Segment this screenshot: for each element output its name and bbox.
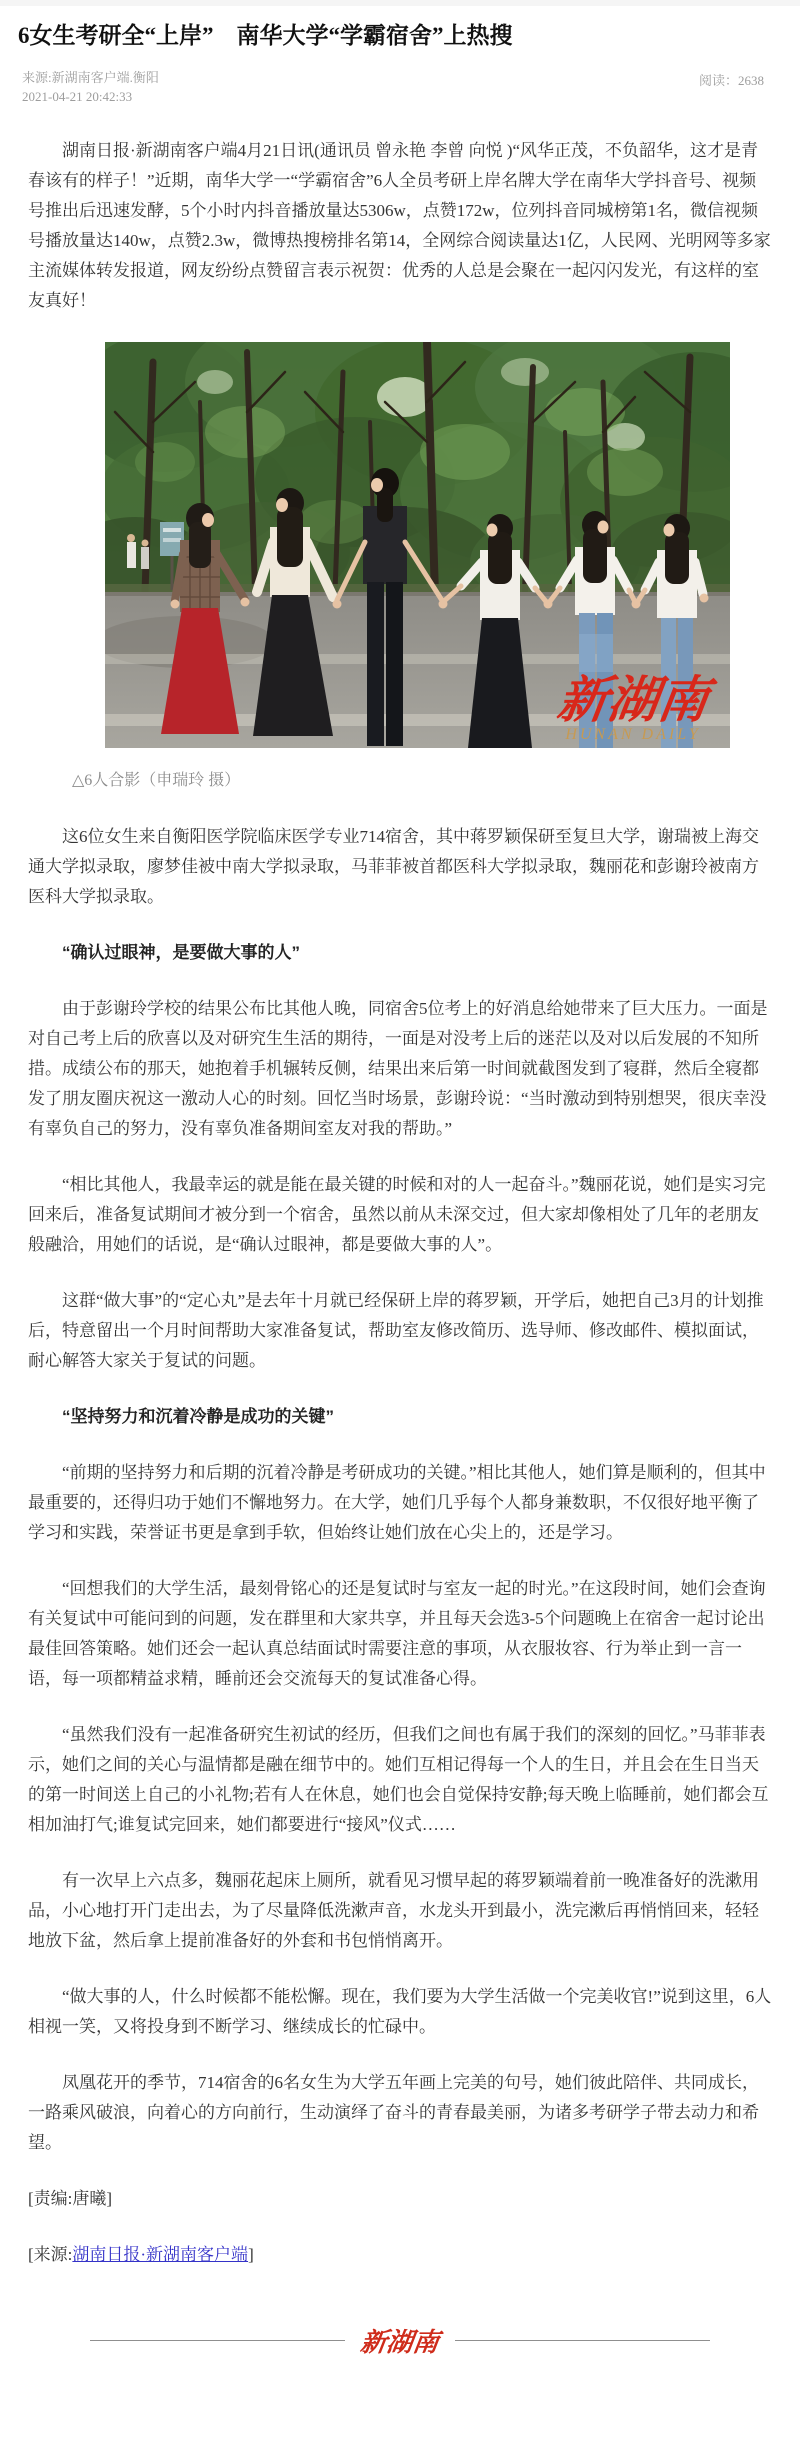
article-body: 湖南日报·新湖南客户端4月21日讯(通讯员 曾永艳 李曾 向悦 )“风华正茂，不… xyxy=(0,106,800,2270)
section-heading-2: “坚持努力和沉着冷静是成功的关键” xyxy=(28,1402,772,1432)
source-line: 来源:新湖南客户端.衡阳 xyxy=(22,68,159,87)
hunan-daily-logo: 新湖南 xyxy=(358,2322,441,2359)
photo-caption: △6人合影（申瑞玲 摄） xyxy=(72,766,772,796)
footer-source-prefix: [来源: xyxy=(28,2245,72,2264)
paragraph: 这群“做大事”的“定心丸”是去年十月就已经保研上岸的蒋罗颖，开学后，她把自己3月… xyxy=(28,1286,772,1376)
group-photo-illustration xyxy=(105,342,730,748)
read-count-value: 2638 xyxy=(738,73,764,88)
paragraph: “回想我们的大学生活，最刻骨铭心的还是复试时与室友一起的时光。”在这段时间，她们… xyxy=(28,1574,772,1694)
meta-left: 来源:新湖南客户端.衡阳 2021-04-21 20:42:33 xyxy=(22,68,159,106)
publish-time: 2021-04-21 20:42:33 xyxy=(22,87,159,106)
group-photo: 新湖南 HUNAN DAILY xyxy=(105,342,730,748)
paragraph: “前期的坚持努力和后期的沉着冷静是考研成功的关键。”相比其他人，她们算是顺利的，… xyxy=(28,1458,772,1548)
footer-source: [来源:湖南日报·新湖南客户端] xyxy=(28,2240,772,2270)
paragraph: 有一次早上六点多，魏丽花起床上厕所，就看见习惯早起的蒋罗颖端着前一晚准备好的洗漱… xyxy=(28,1866,772,1956)
read-count: 阅读：2638 xyxy=(699,68,764,89)
paragraph: 凤凰花开的季节，714宿舍的6名女生为大学五年画上完美的句号，她们彼此陪伴、共同… xyxy=(28,2068,772,2158)
footer-source-suffix: ] xyxy=(248,2245,254,2264)
paragraph: “相比其他人，我最幸运的就是能在最关键的时候和对的人一起奋斗。”魏丽花说，她们是… xyxy=(28,1170,772,1260)
divider-line-left xyxy=(90,2340,345,2341)
paragraph: 湖南日报·新湖南客户端4月21日讯(通讯员 曾永艳 李曾 向悦 )“风华正茂，不… xyxy=(28,136,772,316)
article-meta: 来源:新湖南客户端.衡阳 2021-04-21 20:42:33 阅读：2638 xyxy=(0,52,800,106)
paragraph: “虽然我们没有一起准备研究生初试的经历，但我们之间也有属于我们的深刻的回忆。”马… xyxy=(28,1720,772,1840)
article-page: 6女生考研全“上岸” 南华大学“学霸宿舍”上热搜 来源:新湖南客户端.衡阳 20… xyxy=(0,0,800,2373)
footer-divider: 新湖南 xyxy=(90,2322,710,2373)
divider-line-right xyxy=(455,2340,710,2341)
paragraph: 这6位女生来自衡阳医学院临床医学专业714宿舍，其中蒋罗颖保研至复旦大学，谢瑞被… xyxy=(28,822,772,912)
footer-source-link[interactable]: 湖南日报·新湖南客户端 xyxy=(72,2245,248,2264)
editor-note: [责编:唐曦] xyxy=(28,2184,772,2214)
read-count-label: 阅读： xyxy=(699,73,738,88)
paragraph: 由于彭谢玲学校的结果公布比其他人晚，同宿舍5位考上的好消息给她带来了巨大压力。一… xyxy=(28,994,772,1144)
paragraph: “做大事的人，什么时候都不能松懈。现在，我们要为大学生活做一个完美收官!”说到这… xyxy=(28,1982,772,2042)
section-heading-1: “确认过眼神，是要做大事的人” xyxy=(28,938,772,968)
article-title: 6女生考研全“上岸” 南华大学“学霸宿舍”上热搜 xyxy=(0,6,800,52)
